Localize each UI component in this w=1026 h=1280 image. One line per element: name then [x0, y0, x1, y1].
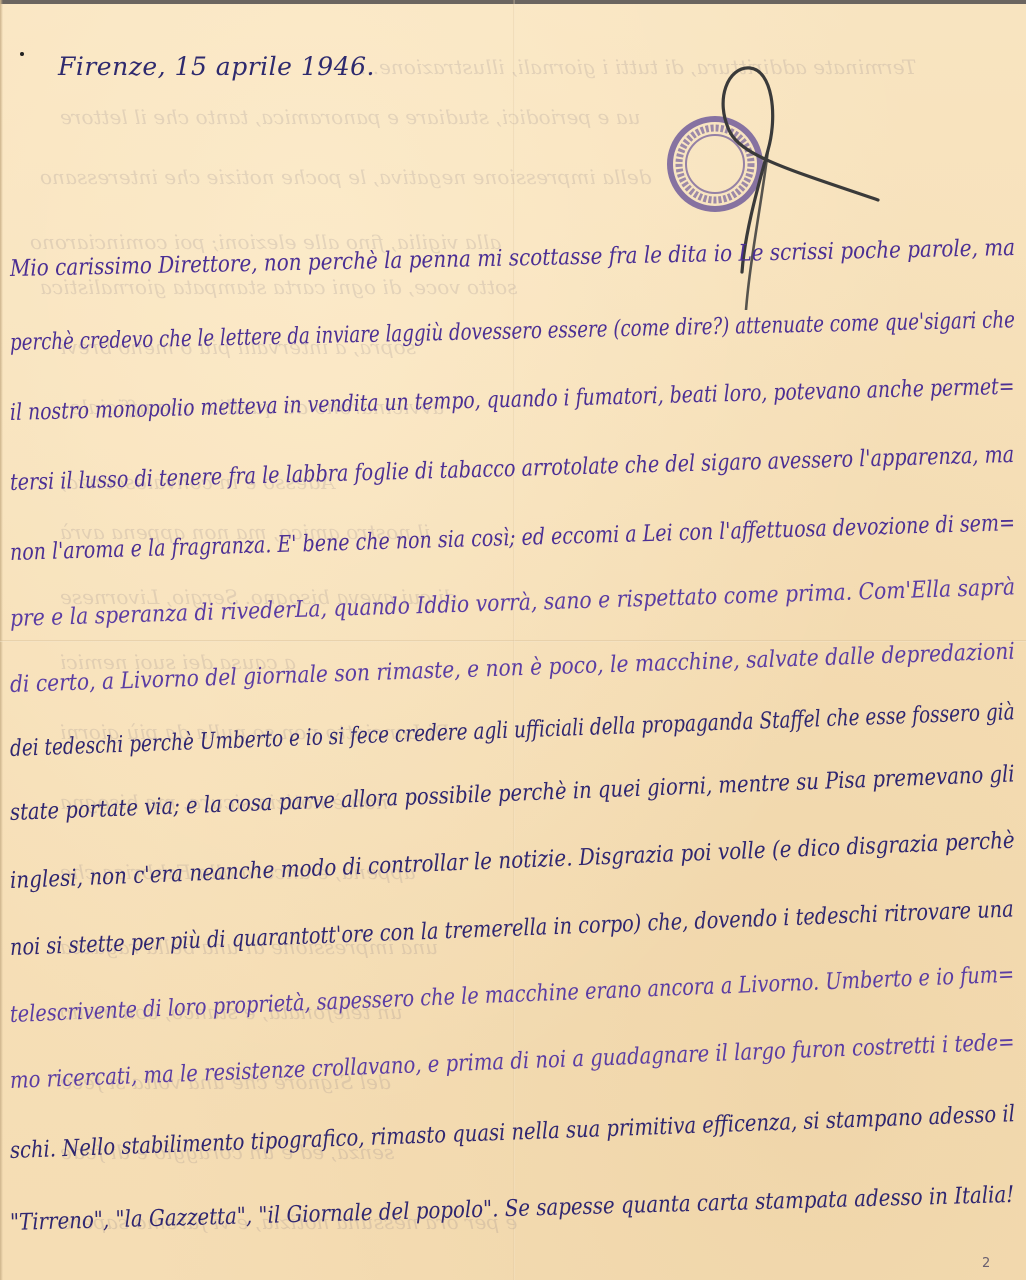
pencil-scribble-icon [650, 60, 880, 310]
dateline: Firenze, 15 aprile 1946. [58, 52, 375, 81]
vertical-fold-line [513, 0, 515, 1280]
ink-dot-mark [20, 52, 24, 56]
letter-page: Terminate addirittura, di tutti i giorna… [0, 0, 1026, 1280]
letter-line: noi si stette per più di quarantott'ore … [10, 896, 1015, 961]
page-number: 2 [982, 1256, 990, 1271]
